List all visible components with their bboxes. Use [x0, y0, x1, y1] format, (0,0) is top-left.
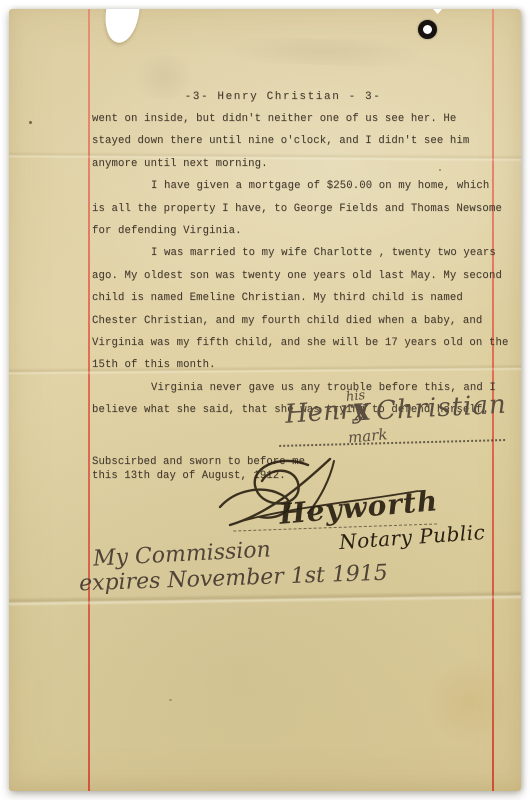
paper-speck [29, 121, 32, 124]
affiant-signature-last-name: Christian [375, 390, 507, 427]
paper-speck [169, 699, 172, 701]
typed-line: Chester Christian, and my fourth child d… [92, 310, 478, 332]
typed-line: anymore until next morning. [92, 153, 478, 175]
page-title: -3- Henry Christian - 3- [92, 91, 474, 103]
typed-line: ago. My oldest son was twenty one years … [92, 265, 478, 287]
typed-line: I have given a mortgage of $250.00 on my… [92, 175, 478, 197]
scanned-document-photo: -3- Henry Christian - 3- went on inside,… [0, 0, 530, 800]
crease-smudge [189, 34, 462, 69]
typed-line: Virginia was my fifth child, and she wil… [92, 332, 478, 354]
stain [427, 659, 513, 745]
typed-line: child is named Emeline Christian. My thi… [92, 287, 478, 309]
paper-tear [101, 9, 143, 45]
typed-line: I was married to my wife Charlotte , twe… [92, 242, 478, 264]
grommet-hole [418, 20, 437, 39]
margin-line-left [88, 9, 90, 791]
signature-line [279, 427, 505, 447]
typed-line: for defending Virginia. [92, 220, 478, 242]
typed-line: 15th of this month. [92, 354, 478, 376]
signature-cross-mark: X [352, 399, 371, 427]
typed-line: stayed down there until nine o'clock, an… [92, 130, 478, 152]
typed-line: is all the property I have, to George Fi… [92, 198, 478, 220]
edge-notch [433, 9, 442, 14]
typed-line: went on inside, but didn't neither one o… [92, 108, 478, 130]
document-page: -3- Henry Christian - 3- went on inside,… [9, 9, 521, 791]
testimony-text: went on inside, but didn't neither one o… [92, 108, 478, 422]
